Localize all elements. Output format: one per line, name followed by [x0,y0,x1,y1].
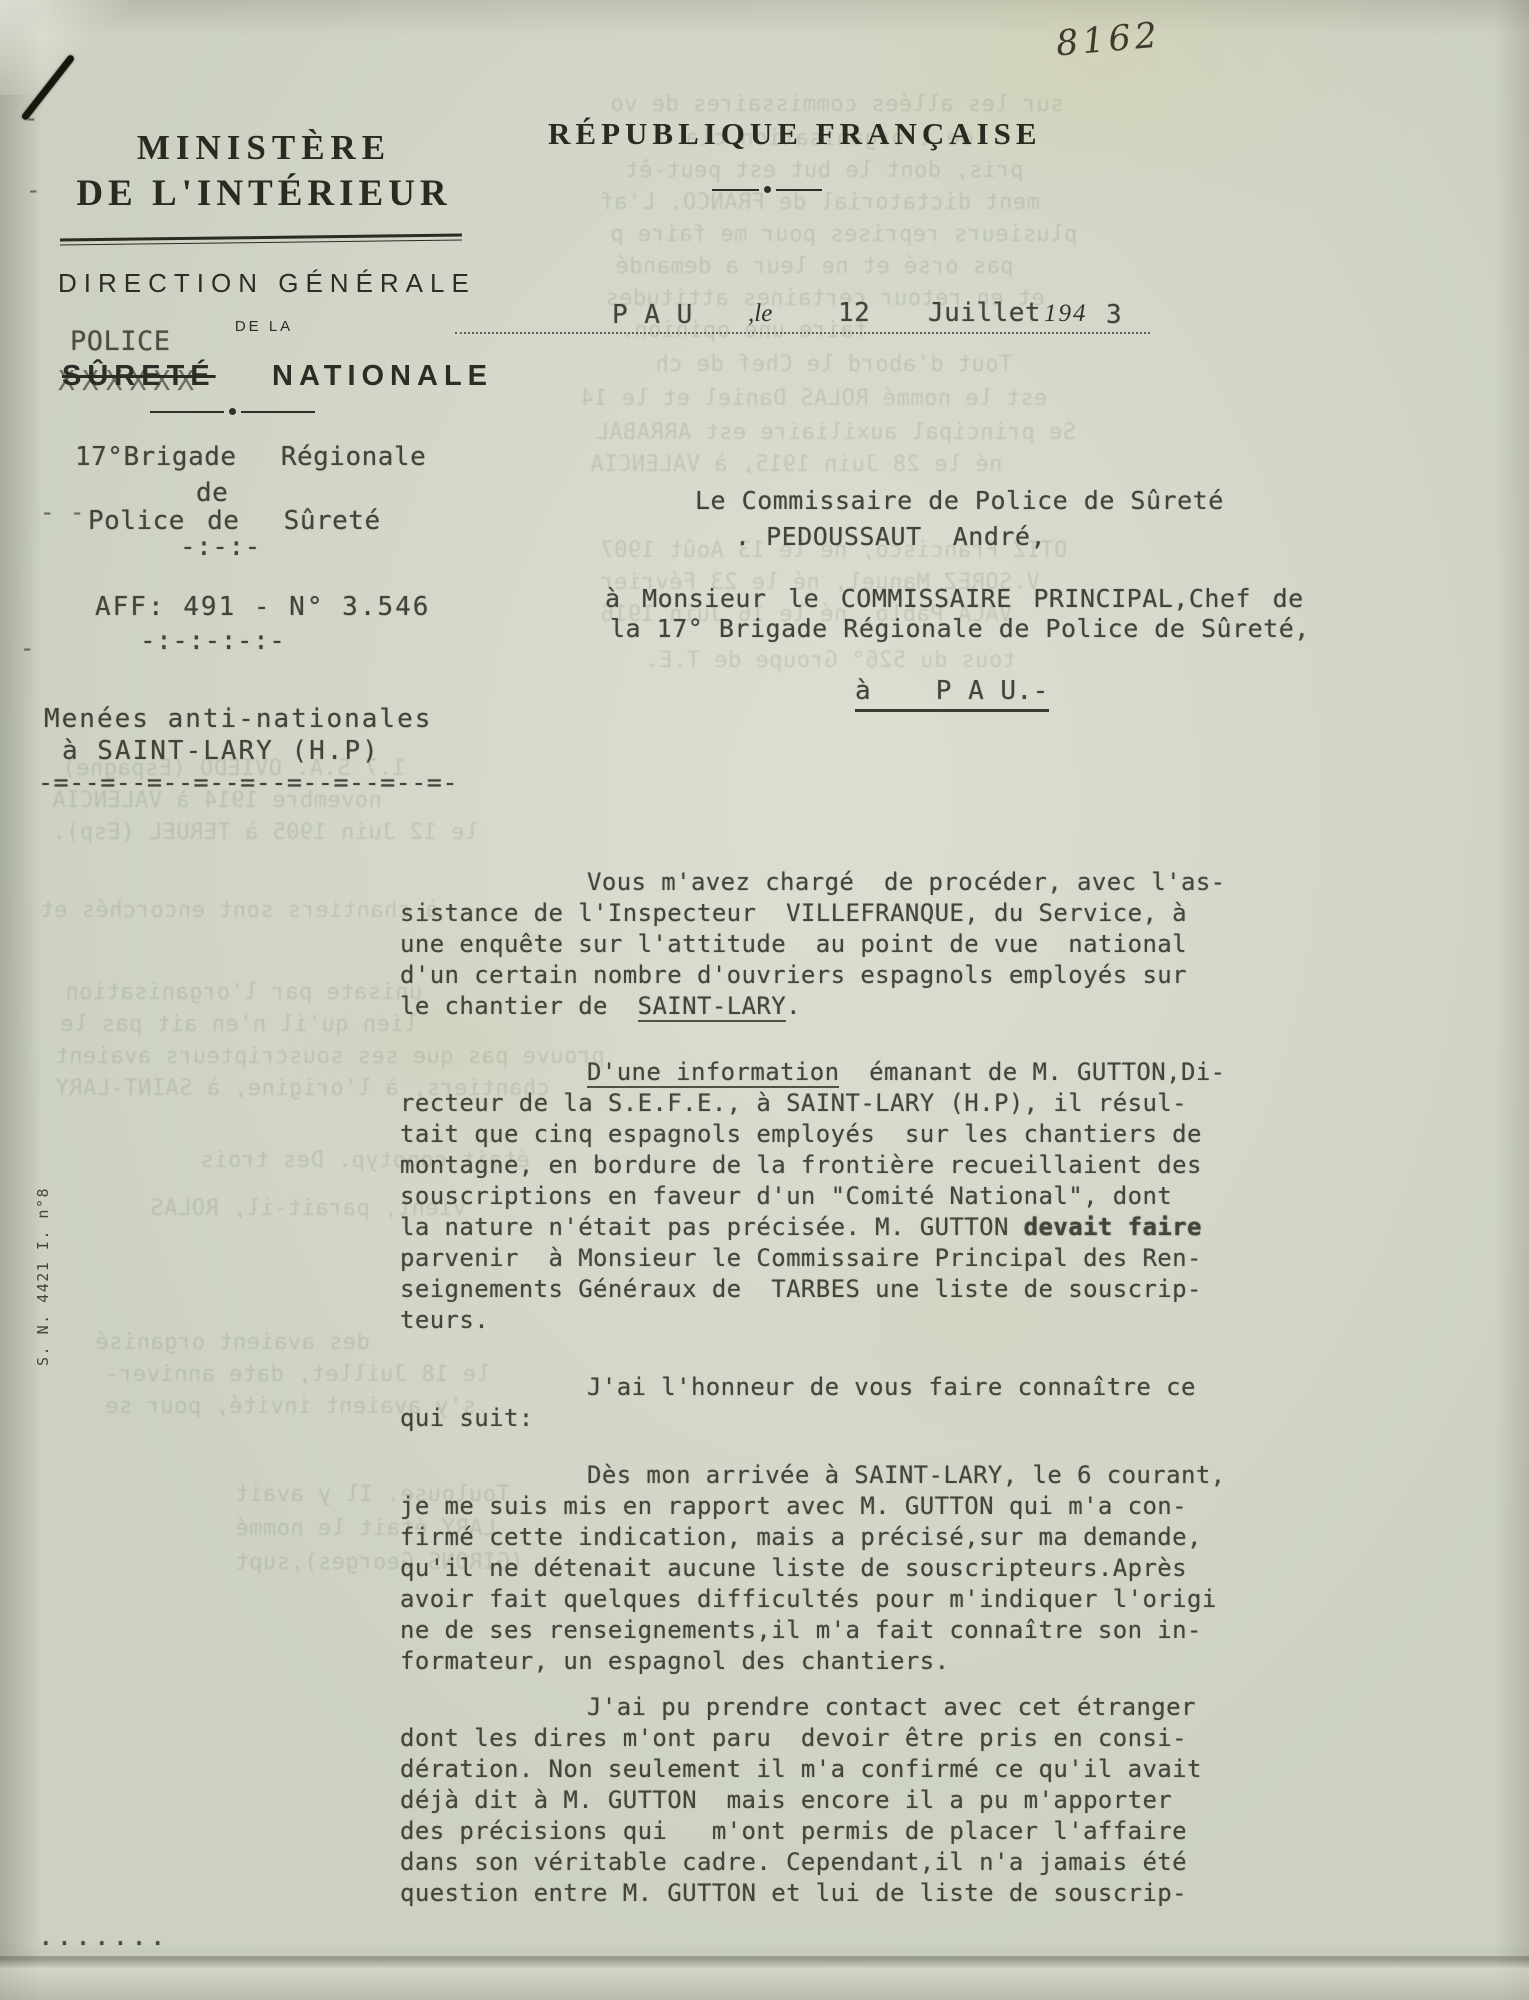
margin-mark: - [20,634,35,662]
bleedthrough-text: Se principal auxiliaire est ARRABAL [595,420,1076,445]
subject-line1: Menées anti-nationales [44,704,432,734]
letterhead-ministere: MINISTÈRE [58,128,470,168]
typed-line: D'une information émanant de M. GUTTON,D… [400,1058,1240,1089]
bleedthrough-text: tous du 526° Groupe de T.E. [645,648,1016,673]
typed-strikeout-x: XXXXXX [58,364,201,397]
typed-line: Dès mon arrivée à SAINT-LARY, le 6 coura… [400,1461,1240,1492]
typed-line: question entre M. GUTTON et lui de liste… [400,1879,1240,1910]
recipient-city: à P A U.- [855,676,1049,712]
typed-line: formateur, un espagnol des chantiers. [400,1647,1240,1678]
typed-line: dération. Non seulement il m'a confirmé … [400,1755,1240,1786]
paragraph-3: J'ai l'honneur de vous faire connaître c… [400,1373,1240,1435]
scan-corner-highlight [0,0,130,95]
bleedthrough-text: pas orsé et ne leur a demandé [615,254,1014,279]
paragraph-1: Vous m'avez chargé de procéder, avec l'a… [400,868,1240,1023]
ornament-rule [712,186,822,193]
typed-line: J'ai pu prendre contact avec cet étrange… [400,1693,1240,1724]
recipient-line2: la 17° Brigade Régionale de Police de Sû… [610,614,1310,643]
paragraph-4: Dès mon arrivée à SAINT-LARY, le 6 coura… [400,1461,1240,1678]
date-month: Juillet [928,298,1041,328]
overstruck-bold-text: devait faire [1024,1213,1202,1241]
subject-underline: -=--=--=--=--=--=--=--=--=- [38,768,458,797]
typed-line: je me suis mis en rapport avec M. GUTTON… [400,1492,1240,1523]
typed-line: tait que cinq espagnols employés sur les… [400,1120,1240,1151]
typed-line: teurs. [400,1306,1240,1337]
typed-line: seignements Généraux de TARBES une liste… [400,1275,1240,1306]
brigade-line1: 17°Brigade Régionale [75,442,426,472]
typed-line: déjà dit à M. GUTTON mais encore il a pu… [400,1786,1240,1817]
underlined-text: D'une information [587,1058,839,1088]
typed-line: la nature n'était pas précisée. M. GUTTO… [400,1213,1240,1244]
paragraph-5: J'ai pu prendre contact avec cet étrange… [400,1693,1240,1910]
date-city: P A U [612,300,693,330]
typed-line: firmé cette indication, mais a précisé,s… [400,1523,1240,1554]
typed-line: Vous m'avez chargé de procéder, avec l'a… [400,868,1240,899]
typed-police-correction: POLICE [70,326,171,357]
date-year-typed: 3 [1106,300,1122,330]
bleedthrough-text: unisate par l'organisation [65,980,422,1005]
scanned-document-page: 8162 sur les allées commissaires de vo d… [0,0,1529,2000]
typed-line: recteur de la S.E.F.E., à SAINT-LARY (H.… [400,1089,1240,1120]
margin-mark: - [26,176,41,204]
bleedthrough-text: Tout d'abord le Chef de ch [655,352,1012,377]
typed-line: le chantier de SAINT-LARY. [400,992,1240,1023]
handwritten-archive-number: 8162 [1054,15,1162,64]
bleedthrough-text: plusieurs reprises pour me faire p [610,222,1077,247]
typed-separator: -:-:- [180,532,261,562]
letterhead-ministere-line2: DE L'INTÉRIEUR [58,172,470,215]
typed-line: qui suit: [400,1404,1240,1435]
subject-line2: à SAINT-LARY (H.P) [62,736,380,766]
letterhead-direction-generale: DIRECTION GÉNÉRALE [58,268,470,299]
typed-line: souscriptions en faveur d'un "Comité Nat… [400,1182,1240,1213]
sender-line2: . PEDOUSSAUT André, [735,522,1046,551]
republique-francaise-title: RÉPUBLIQUE FRANÇAISE [548,116,1000,152]
bleedthrough-text: pris, dont le but est peut-êt [625,158,1024,183]
bleedthrough-text: est le nommé ROLAS Daniel et le 14 [580,386,1047,411]
typed-separator: -:-:-:-:- [140,626,285,656]
typed-line: des précisions qui m'ont permis de place… [400,1817,1240,1848]
printed-form-series: S. N. 4421 I. n°8 [34,1187,52,1366]
sender-line1: Le Commissaire de Police de Sûreté [695,486,1224,515]
bleedthrough-text: à chantiers sont encorchés et [40,898,439,923]
letterhead-double-rule [60,234,462,246]
typed-text: la nature n'était pas précisée. M. GUTTO… [400,1213,1024,1241]
typed-line: une enquête sur l'attitude au point de v… [400,930,1240,961]
typed-line: qu'il ne détenait aucune liste de souscr… [400,1554,1240,1585]
date-year-printed: 194 [1044,300,1088,328]
typed-line: montagne, en bordure de la frontière rec… [400,1151,1240,1182]
typed-text: émanant de M. GUTTON,Di- [839,1058,1225,1086]
typed-line: sistance de l'Inspecteur VILLEFRANQUE, d… [400,899,1240,930]
bleedthrough-text: ment dictatorial de FRANCO. L'af [600,190,1040,215]
margin-mark: - [24,104,39,132]
paragraph-2: D'une information émanant de M. GUTTON,D… [400,1058,1240,1337]
typed-line: parvenir à Monsieur le Commissaire Princ… [400,1244,1240,1275]
typed-line: dans son véritable cadre. Cependant,il n… [400,1848,1240,1879]
paper-bottom-edge [0,1956,1529,2000]
margin-mark: - - [40,498,85,526]
typed-line: ne de ses renseignements,il m'a fait con… [400,1616,1240,1647]
typed-line: J'ai l'honneur de vous faire connaître c… [400,1373,1240,1404]
file-reference: AFF: 491 - N° 3.546 [95,592,430,622]
typed-text: le chantier de [400,992,638,1020]
bleedthrough-text: lien qu'il n'en ait pas le [60,1012,417,1037]
bleedthrough-text: né le 28 Juin 1915, à VALENCIA [590,452,1002,477]
typed-line: d'un certain nombre d'ouvriers espagnols… [400,961,1240,992]
date-day: 12 [838,298,870,328]
bleedthrough-text: le 12 Juin 1905 à TERUEL (Esp). [52,820,478,845]
typed-line: avoir fait quelques difficultés pour m'i… [400,1585,1240,1616]
ornament-rule [150,408,315,415]
bleedthrough-text: sur les allées commissaires de vo [610,92,1064,117]
recipient-line1: à Monsieur le COMMISSAIRE PRINCIPAL,Chef… [605,584,1304,613]
bleedthrough-text: des avaient organisé [95,1330,370,1355]
underlined-place-name: SAINT-LARY [638,992,787,1022]
letterhead-nationale: NATIONALE [272,360,493,393]
margin-dots: ....... [38,1922,169,1952]
typed-line: dont les dires m'ont paru devoir être pr… [400,1724,1240,1755]
brigade-line2: de [196,478,228,508]
typed-text: . [786,992,801,1020]
date-le-printed: ,le [748,300,772,328]
